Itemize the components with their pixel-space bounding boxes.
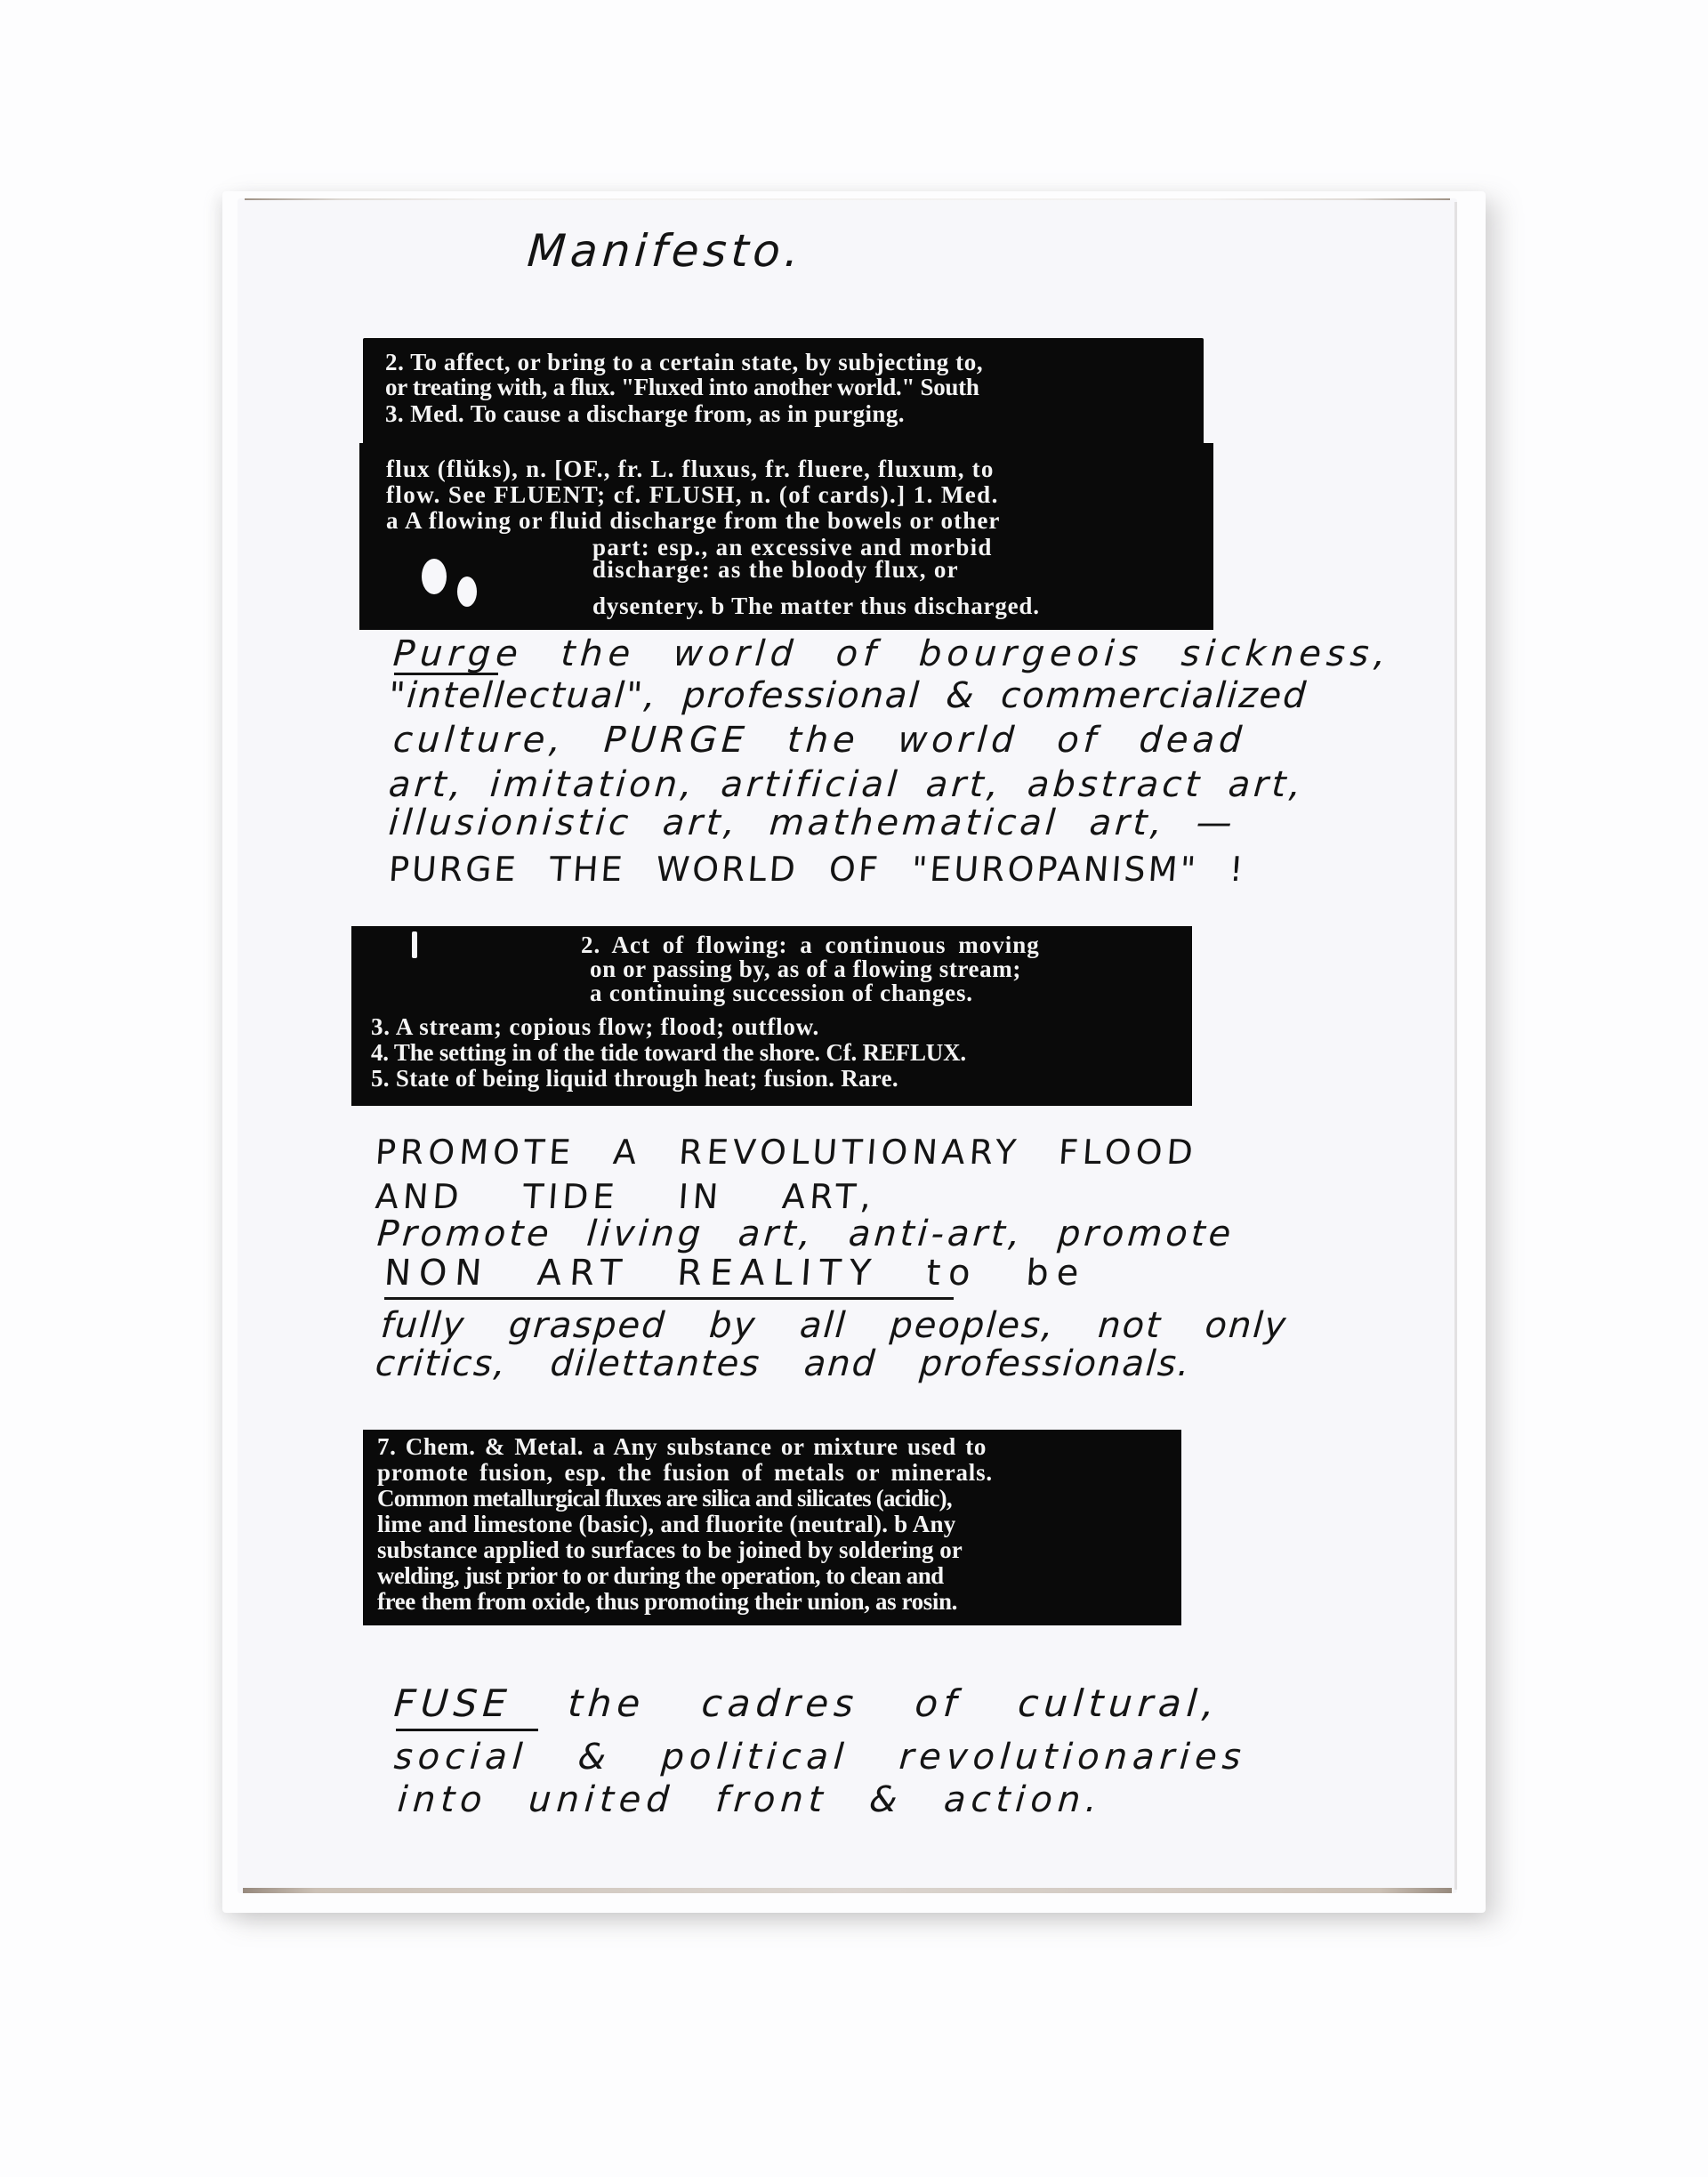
handwritten-line: "intellectual", professional & commercia… [387,676,1309,715]
canvas-bottom-edge [243,1888,1452,1893]
excerpt-line: lime and limestone (basic), and fluorite… [377,1511,955,1537]
ink-blot [422,559,447,594]
handwritten-line: PURGE THE WORLD OF "EUROPANISM" ! [387,850,1246,889]
excerpt-line: welding, just prior to or during the ope… [377,1562,944,1589]
excerpt-line: promote fusion, esp. the fusion of metal… [377,1459,993,1486]
excerpt-line: discharge: as the bloody flux, or [592,556,959,583]
handwritten-line: critics, dilettantes and professionals. [374,1344,1192,1383]
ink-blot [457,577,477,607]
excerpt-line: 5. State of being liquid through heat; f… [371,1065,898,1092]
dictionary-excerpt-2: 2. Act of flowing: a continuous moving o… [351,926,1192,1106]
excerpt-line: free them from oxide, thus promoting the… [377,1588,957,1615]
non-art-reality-underline [384,1297,954,1300]
handwritten-line: Promote living art, anti-art, promote [375,1214,1235,1254]
excerpt-line: flow. See FLUENT; cf. FLUSH, n. (of card… [386,481,999,508]
excerpt-line: 2. Act of flowing: a continuous moving [581,931,1040,958]
dictionary-excerpt-3: 7. Chem. & Metal. a Any substance or mix… [363,1430,1181,1625]
excerpt-line: flux (flŭks), n. [OF., fr. L. fluxus, fr… [386,456,995,482]
excerpt-line: 3. A stream; copious flow; flood; outflo… [371,1013,819,1040]
handwritten-line: NON ART REALITY to be [383,1254,1087,1293]
handwritten-line: PROMOTE A REVOLUTIONARY FLOOD [374,1133,1198,1172]
handwritten-line: FUSE the cadres of cultural, [392,1684,1221,1723]
handwritten-line: culture, PURGE the world of dead [391,721,1247,760]
handwritten-line: Purge the world of bourgeois sickness, [391,634,1391,673]
excerpt-line: a A flowing or fluid discharge from the … [386,507,1001,534]
excerpt-line: Common metallurgical fluxes are silica a… [377,1485,952,1512]
excerpt-line: or treating with, a flux. "Fluxed into a… [385,374,979,400]
excerpt-line: substance applied to surfaces to be join… [377,1536,963,1563]
manifesto-canvas: Manifesto. 2. To affect, or bring to a c… [238,198,1457,1893]
handwritten-line: social & political revolutionaries [392,1738,1247,1777]
excerpt-line: on or passing by, as of a flowing stream… [590,955,1021,982]
excerpt-line: 2. To affect, or bring to a certain stat… [385,349,983,375]
excerpt-line: 4. The setting in of the tide toward the… [371,1039,966,1066]
handwritten-line: AND TIDE IN ART, [374,1177,876,1216]
excerpt-line: 3. Med. To cause a discharge from, as in… [385,400,905,427]
fuse-underline [396,1729,538,1731]
dictionary-excerpt-1-top: 2. To affect, or bring to a certain stat… [363,338,1204,449]
excerpt-line: a continuing succession of changes. [590,980,973,1006]
manifesto-title: Manifesto. [526,225,805,277]
canvas-right-edge [1454,202,1457,1890]
canvas-top-edge [245,198,1450,200]
handwritten-line: into united front & action. [396,1780,1103,1819]
ink-blot [412,931,417,958]
dictionary-excerpt-1-bottom: flux (flŭks), n. [OF., fr. L. fluxus, fr… [359,443,1213,630]
handwritten-line: art, imitation, artificial art, abstract… [387,765,1305,804]
handwritten-line: fully grasped by all peoples, not only [379,1306,1288,1345]
excerpt-line: 7. Chem. & Metal. a Any substance or mix… [377,1433,987,1460]
handwritten-line: illusionistic art, mathematical art, — [387,803,1237,843]
excerpt-line: dysentery. b The matter thus discharged. [592,593,1040,619]
